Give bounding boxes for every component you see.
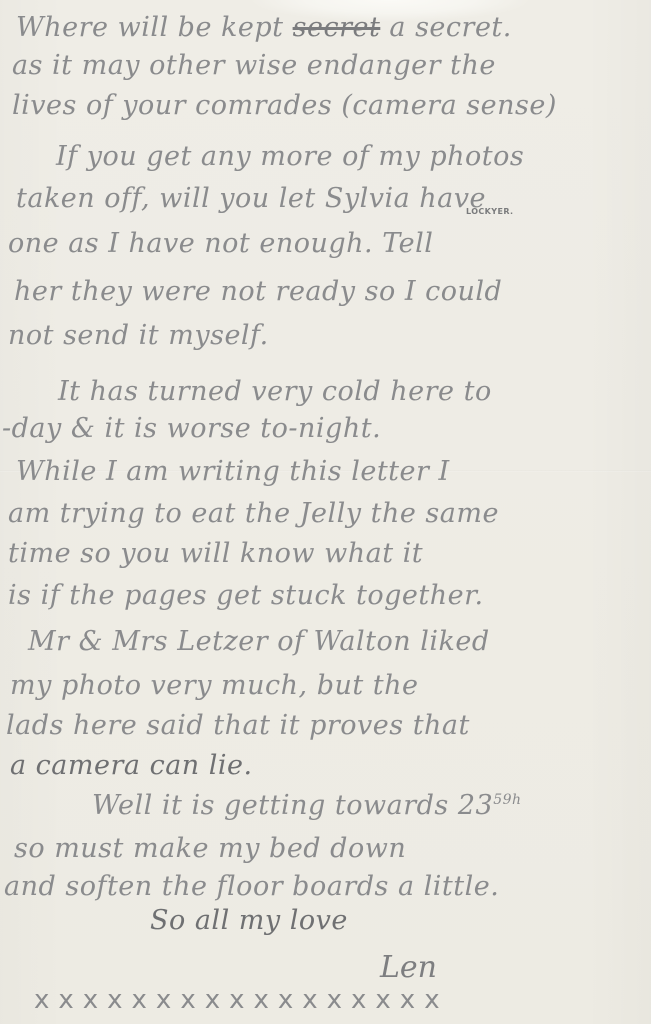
line-text: Well it is getting towards 23 <box>92 790 493 821</box>
signature: Len <box>380 950 437 985</box>
letter-line-14: is if the pages get stuck together. <box>8 582 484 609</box>
letter-line-15: Mr & Mrs Letzer of Walton liked <box>28 628 490 655</box>
line-text: Where will be kept <box>16 12 284 43</box>
line-text-after: h <box>512 792 522 808</box>
letter-line-16: my photo very much, but the <box>10 672 419 699</box>
letter-line-21: and soften the floor boards a little. <box>4 873 499 900</box>
line-text: taken off, will you let Sylvia <box>16 183 410 214</box>
interlinear-note: LOCKYER. <box>466 207 514 216</box>
letter-line-10: -day & it is worse to-night. <box>2 415 381 442</box>
letter-line-22: So all my love <box>150 907 348 934</box>
letter-line-19: Well it is getting towards 2359h <box>92 792 522 819</box>
letter-line-5: taken off, will you let Sylvia have <box>16 185 486 212</box>
line-text-after: a secret. <box>380 12 512 43</box>
letter-line-7: her they were not ready so I could <box>14 278 502 305</box>
letter-line-6: one as I have not enough. Tell <box>8 230 433 257</box>
letter-line-20: so must make my bed down <box>14 835 406 862</box>
kisses-row: xxxxxxxxxxxxxxxxx <box>34 985 449 1015</box>
letter-line-18: a camera can lie. <box>10 752 253 779</box>
letter-page: Where will be kept secret a secret. as i… <box>0 0 651 1024</box>
time-superscript: 59 <box>493 792 512 808</box>
letter-line-4: If you get any more of my photos <box>56 143 524 170</box>
letter-line-11: While I am writing this letter I <box>16 458 450 485</box>
letter-line-8: not send it myself. <box>8 322 269 349</box>
struck-word: secret <box>293 12 381 43</box>
letter-line-2: as it may other wise endanger the <box>12 52 496 79</box>
letter-line-17: lads here said that it proves that <box>6 712 470 739</box>
letter-line-3: lives of your comrades (camera sense) <box>12 92 557 119</box>
letter-line-13: time so you will know what it <box>8 540 423 567</box>
letter-line-12: am trying to eat the Jelly the same <box>8 500 499 527</box>
letter-line-1: Where will be kept secret a secret. <box>16 14 512 41</box>
letter-line-9: It has turned very cold here to <box>58 378 492 405</box>
